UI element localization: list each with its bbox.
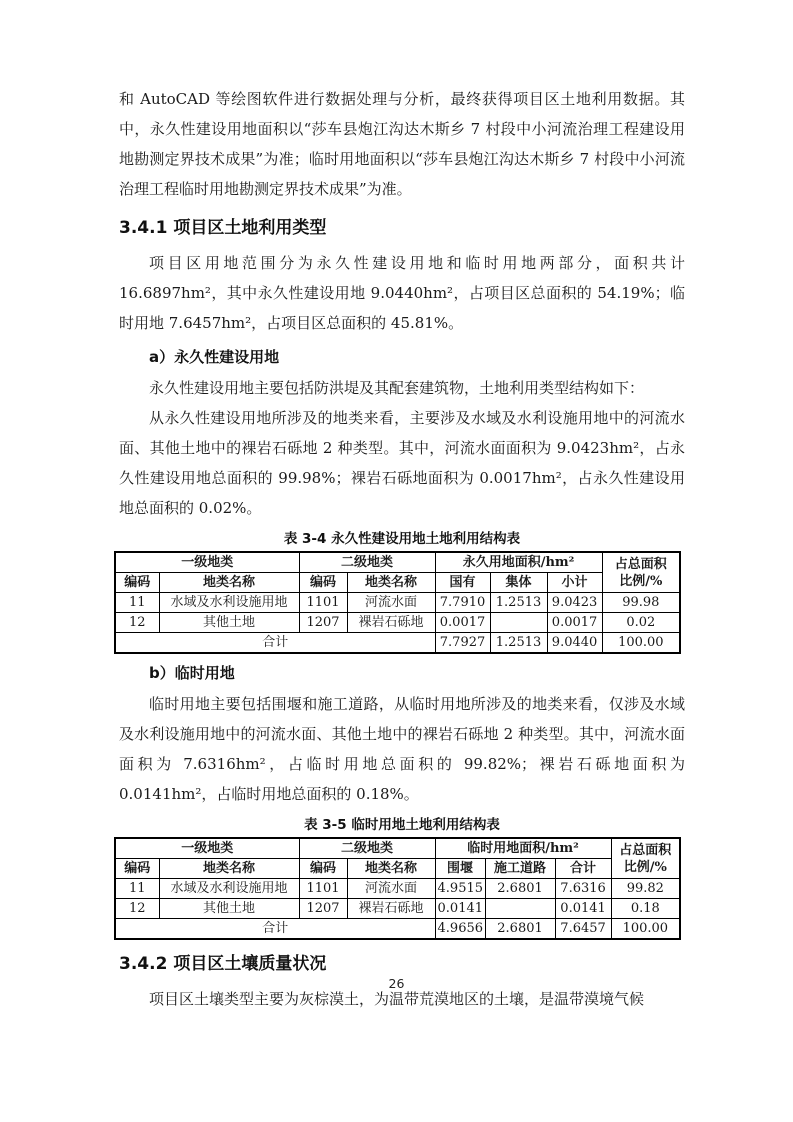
table-3-4: 一级地类 二级地类 永久用地面积/hm² 占总面积 比例/% 编码 地类名称 编… (114, 551, 681, 654)
header-code: 编码 (299, 573, 347, 593)
header-area: 临时用地面积/hm² (435, 838, 611, 859)
header-share: 占总面积 比例/% (602, 552, 680, 593)
table-total-row: 合计 7.7927 1.2513 9.0440 100.00 (115, 633, 680, 654)
cell: 河流水面 (347, 879, 435, 899)
cell: 0.0017 (435, 613, 490, 633)
cell: 7.7927 (435, 633, 490, 654)
table-row: 11 水域及水利设施用地 1101 河流水面 7.7910 1.2513 9.0… (115, 593, 680, 613)
cell: 1101 (299, 593, 347, 613)
page-content: 和 AutoCAD 等绘图软件进行数据处理与分析，最终获得项目区土地利用数据。其… (119, 84, 685, 1014)
table-header-row: 编码 地类名称 编码 地类名称 国有 集体 小计 (115, 573, 680, 593)
header-name: 地类名称 (347, 573, 435, 593)
cell: 7.6457 (555, 919, 611, 940)
total-label: 合计 (115, 633, 435, 654)
header-level2: 二级地类 (299, 552, 435, 573)
header-share-line2: 比例/% (605, 573, 678, 590)
header-name: 地类名称 (159, 859, 299, 879)
header-subtotal: 小计 (547, 573, 602, 593)
table-header-row: 一级地类 二级地类 临时用地面积/hm² 占总面积 比例/% (115, 838, 680, 859)
table-header-row: 编码 地类名称 编码 地类名称 围堰 施工道路 合计 (115, 859, 680, 879)
header-collective: 集体 (490, 573, 547, 593)
total-label: 合计 (115, 919, 435, 940)
header-cofferdam: 围堰 (435, 859, 485, 879)
cell: 9.0423 (547, 593, 602, 613)
header-level1: 一级地类 (115, 552, 299, 573)
cell: 1.2513 (490, 633, 547, 654)
table-row: 11 水域及水利设施用地 1101 河流水面 4.9515 2.6801 7.6… (115, 879, 680, 899)
heading-3-4-1: 3.4.1 项目区土地利用类型 (119, 214, 685, 242)
header-code: 编码 (299, 859, 347, 879)
table-row: 12 其他土地 1207 裸岩石砾地 0.0141 0.0141 0.18 (115, 899, 680, 919)
cell: 河流水面 (347, 593, 435, 613)
cell: 99.82 (611, 879, 680, 899)
subheading-b-temporary-land: b）临时用地 (119, 659, 685, 687)
cell: 水域及水利设施用地 (159, 593, 299, 613)
cell: 1207 (299, 899, 347, 919)
header-name: 地类名称 (347, 859, 435, 879)
header-share-line2: 比例/% (614, 859, 678, 876)
cell: 9.0440 (547, 633, 602, 654)
cell: 2.6801 (485, 879, 555, 899)
cell: 裸岩石砾地 (347, 899, 435, 919)
cell: 99.98 (602, 593, 680, 613)
table-total-row: 合计 4.9656 2.6801 7.6457 100.00 (115, 919, 680, 940)
cell: 水域及水利设施用地 (159, 879, 299, 899)
header-level1: 一级地类 (115, 838, 299, 859)
header-share-line1: 占总面积 (614, 842, 678, 859)
table-3-4-caption: 表 3-4 永久性建设用地土地利用结构表 (119, 529, 685, 549)
cell: 0.18 (611, 899, 680, 919)
header-share: 占总面积 比例/% (611, 838, 680, 879)
header-share-line1: 占总面积 (605, 556, 678, 573)
cell: 0.0141 (555, 899, 611, 919)
header-level2: 二级地类 (299, 838, 435, 859)
table-row: 12 其他土地 1207 裸岩石砾地 0.0017 0.0017 0.02 (115, 613, 680, 633)
paragraph-a-2: 从永久性建设用地所涉及的地类来看，主要涉及水域及水利设施用地中的河流水面、其他土… (119, 403, 685, 523)
paragraph-a-1: 永久性建设用地主要包括防洪堤及其配套建筑物，土地利用类型结构如下： (119, 373, 685, 403)
cell: 100.00 (602, 633, 680, 654)
document-page: 和 AutoCAD 等绘图软件进行数据处理与分析，最终获得项目区土地利用数据。其… (0, 0, 793, 1122)
header-code: 编码 (115, 573, 159, 593)
cell: 0.0141 (435, 899, 485, 919)
cell: 4.9656 (435, 919, 485, 940)
header-area: 永久用地面积/hm² (435, 552, 602, 573)
header-code: 编码 (115, 859, 159, 879)
cell: 100.00 (611, 919, 680, 940)
header-total: 合计 (555, 859, 611, 879)
cell: 其他土地 (159, 613, 299, 633)
table-3-5: 一级地类 二级地类 临时用地面积/hm² 占总面积 比例/% 编码 地类名称 编… (114, 837, 681, 940)
cell: 4.9515 (435, 879, 485, 899)
cell (485, 899, 555, 919)
cell: 7.6316 (555, 879, 611, 899)
paragraph-intro: 和 AutoCAD 等绘图软件进行数据处理与分析，最终获得项目区土地利用数据。其… (119, 84, 685, 204)
cell: 0.02 (602, 613, 680, 633)
cell: 12 (115, 613, 159, 633)
cell: 0.0017 (547, 613, 602, 633)
cell: 1101 (299, 879, 347, 899)
cell: 11 (115, 593, 159, 613)
heading-3-4-2: 3.4.2 项目区土壤质量状况 (119, 950, 685, 978)
cell (490, 613, 547, 633)
subheading-a-permanent-land: a）永久性建设用地 (119, 343, 685, 371)
cell: 1.2513 (490, 593, 547, 613)
cell: 7.7910 (435, 593, 490, 613)
paragraph-3-4-1: 项目区用地范围分为永久性建设用地和临时用地两部分，面积共计 16.6897hm²… (119, 248, 685, 338)
cell: 裸岩石砾地 (347, 613, 435, 633)
header-construction-road: 施工道路 (485, 859, 555, 879)
table-3-5-caption: 表 3-5 临时用地土地利用结构表 (119, 815, 685, 835)
table-header-row: 一级地类 二级地类 永久用地面积/hm² 占总面积 比例/% (115, 552, 680, 573)
header-name: 地类名称 (159, 573, 299, 593)
cell: 11 (115, 879, 159, 899)
cell: 1207 (299, 613, 347, 633)
cell: 其他土地 (159, 899, 299, 919)
page-number: 26 (0, 976, 793, 991)
cell: 12 (115, 899, 159, 919)
header-state-owned: 国有 (435, 573, 490, 593)
paragraph-b-1: 临时用地主要包括围堰和施工道路，从临时用地所涉及的地类来看，仅涉及水域及水利设施… (119, 689, 685, 809)
cell: 2.6801 (485, 919, 555, 940)
